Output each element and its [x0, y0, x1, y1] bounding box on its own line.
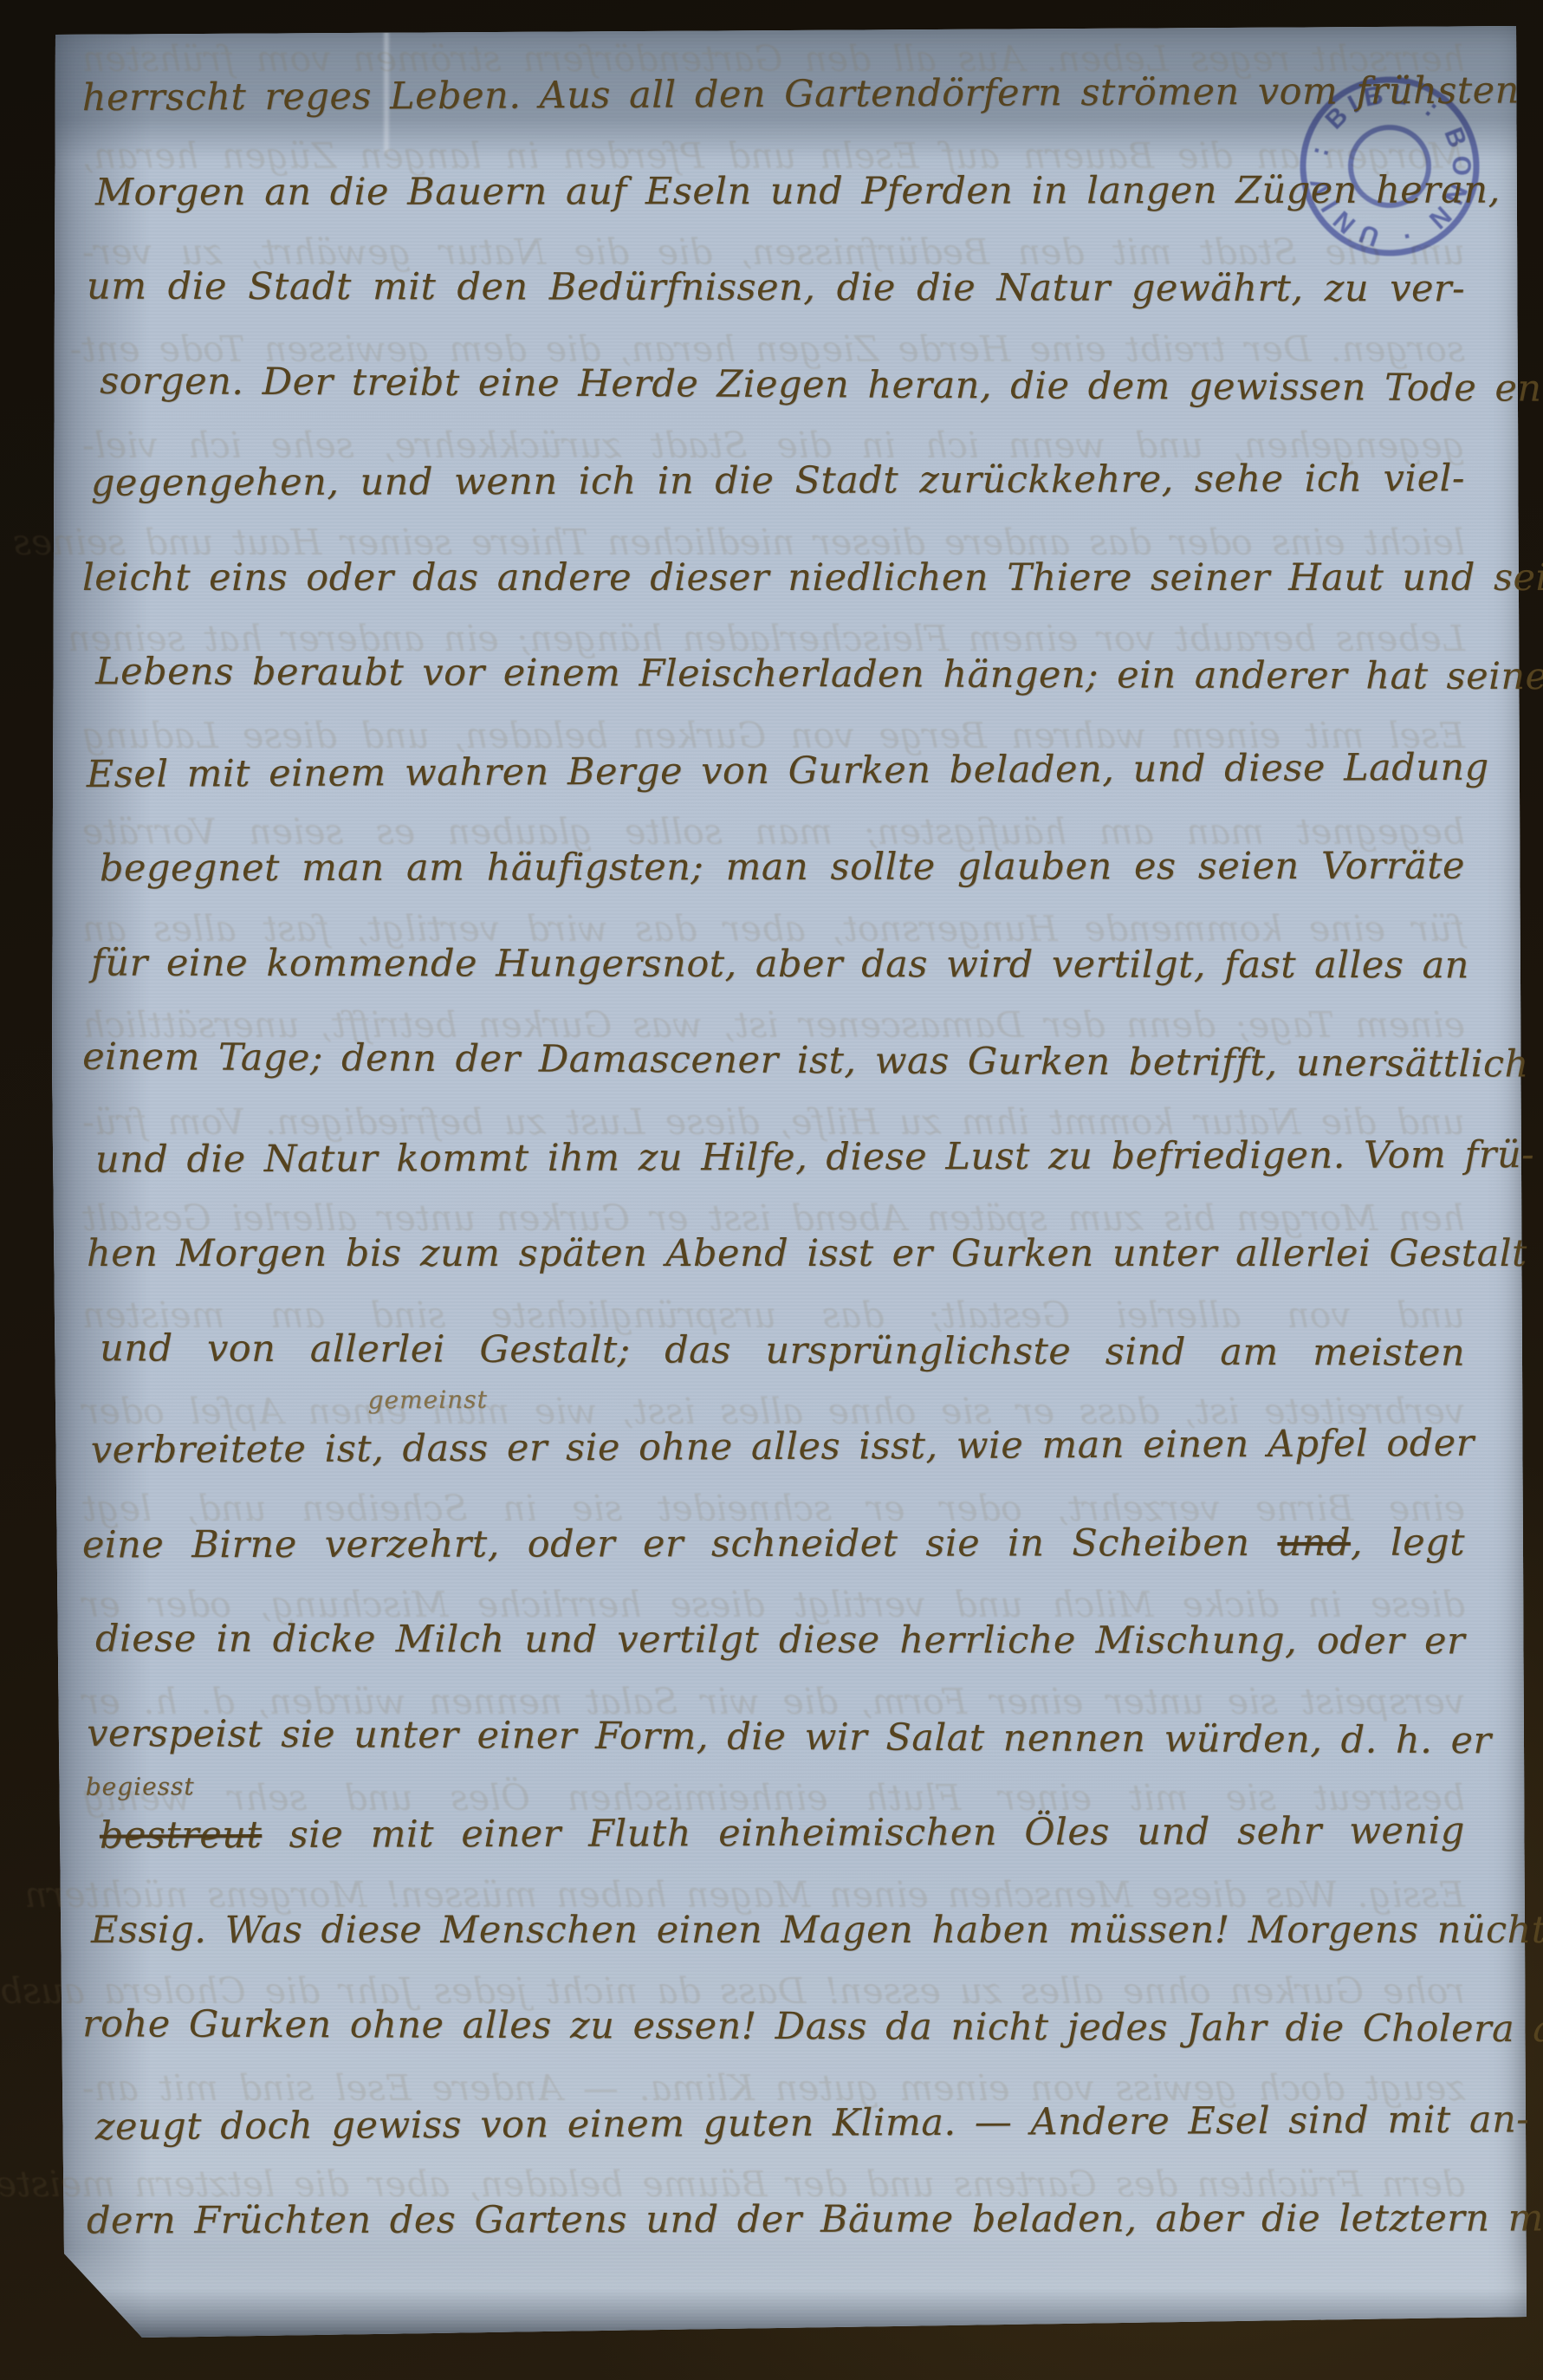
handwriting-text: um die Stadt mit den Bedürfnissen, die d… — [87, 265, 1465, 311]
handwriting-line: begiesstbestreut sie mit einer Fluth ein… — [82, 1809, 1465, 1910]
handwriting-line: einem Tage; denn der Damascener ist, was… — [82, 1035, 1466, 1139]
handwriting-text: begegnet man am häufigsten; man sollte g… — [100, 845, 1465, 891]
handwriting-line: sorgen. Der treibt eine Herde Ziegen her… — [82, 359, 1466, 463]
handwriting-text: und die Natur kommt ihm zu Hilfe, diese … — [95, 1132, 1534, 1181]
handwriting-line: Lebens beraubt vor einem Fleischerladen … — [82, 650, 1465, 751]
handwriting-line: verspeist sie unter einer Form, die wir … — [82, 1711, 1466, 1815]
handwriting-line: hen Morgen bis zum späten Abend isst er … — [82, 1232, 1465, 1329]
handwriting-text: gegengehen, und wenn ich in die Stadt zu… — [91, 457, 1465, 505]
handwriting-text: , legt — [1351, 1521, 1465, 1564]
handwriting-line: und von allerlei Gestalt; das ursprüngli… — [82, 1326, 1465, 1428]
handwriting-line: rohe Gurken ohne alles zu essen! Dass da… — [82, 2002, 1465, 2104]
handwriting-text: hen Morgen bis zum späten Abend isst er … — [87, 1232, 1527, 1275]
interlinear-insertion: begiesst — [86, 1772, 195, 1800]
crossed-out-word: bestreut — [100, 1813, 262, 1858]
handwriting-line: begegnet man am häufigsten; man sollte g… — [82, 845, 1465, 944]
handwriting-line: leicht eins oder das andere dieser niedl… — [82, 556, 1465, 653]
handwriting-line: um die Stadt mit den Bedürfnissen, die d… — [82, 265, 1465, 364]
interlinear-insertion: gemeinst — [367, 1385, 487, 1415]
handwriting-line: gemeinstverbreitete ist, dass er sie ohn… — [82, 1422, 1466, 1526]
handwriting-line: herrscht reges Leben. Aus all den Garten… — [82, 69, 1466, 173]
handwriting-text: leicht eins oder das andere dieser niedl… — [82, 556, 1543, 600]
handwriting-line: zeugt doch gewiss von einem guten Klima.… — [82, 2098, 1466, 2202]
handwriting-text: für eine kommende Hungersnot, aber das w… — [91, 941, 1469, 987]
handwriting-line: Morgen an die Bauern auf Eseln und Pferd… — [82, 168, 1465, 267]
handwriting-text: rohe Gurken ohne alles zu essen! Dass da… — [82, 2002, 1543, 2052]
handwriting-text: einem Tage; denn der Damascener ist, was… — [82, 1035, 1529, 1086]
handwriting-text: herrscht reges Leben. Aus all den Garten… — [82, 68, 1520, 120]
crossed-out-word: und — [1277, 1521, 1351, 1564]
handwriting-line: eine Birne verzehrt, oder er schneidet s… — [82, 1521, 1465, 1619]
scanned-letter-page: { "document": { "kind": "Handwritten let… — [0, 0, 1543, 2380]
handwriting-text: sorgen. Der treibt eine Herde Ziegen her… — [100, 359, 1543, 410]
handwriting-line: Essig. Was diese Menschen einen Magen ha… — [82, 1909, 1465, 2006]
handwriting-text: Lebens beraubt vor einem Fleischerladen … — [95, 650, 1543, 698]
handwriting-line: gegengehen, und wenn ich in die Stadt zu… — [82, 457, 1465, 558]
handwriting-text: Esel mit einem wahren Berge von Gurken b… — [87, 745, 1489, 795]
handwriting-text: und von allerlei Gestalt; das ursprüngli… — [100, 1326, 1465, 1375]
handwriting-text: diese in dicke Milch und vertilgt diese … — [95, 1618, 1465, 1663]
handwriting-text: dern Früchten des Gartens und der Bäume … — [87, 2196, 1543, 2242]
handwriting-text: verbreitete ist, dass er sie ohne alles … — [91, 1422, 1475, 1472]
letter-body: herrscht reges Leben. Aus all den Garten… — [82, 73, 1465, 2295]
handwriting-line: für eine kommende Hungersnot, aber das w… — [82, 941, 1465, 1040]
handwriting-line: dern Früchten des Gartens und der Bäume … — [82, 2197, 1465, 2296]
handwriting-text: Essig. Was diese Menschen einen Magen ha… — [91, 1909, 1543, 1952]
handwriting-text: eine Birne verzehrt, oder er schneidet s… — [82, 1521, 1278, 1566]
handwriting-line: und die Natur kommt ihm zu Hilfe, diese … — [82, 1133, 1465, 1235]
handwriting-text: Morgen an die Bauern auf Eseln und Pferd… — [95, 168, 1501, 214]
handwriting-line: diese in dicke Milch und vertilgt diese … — [82, 1618, 1465, 1716]
handwriting-text: zeugt doch gewiss von einem guten Klima.… — [95, 2098, 1530, 2149]
handwriting-text: verspeist sie unter einer Form, die wir … — [87, 1711, 1492, 1761]
handwriting-line: Esel mit einem wahren Berge von Gurken b… — [82, 745, 1466, 849]
handwriting-text: sie mit einer Fluth einheimischen Öles u… — [262, 1809, 1465, 1857]
